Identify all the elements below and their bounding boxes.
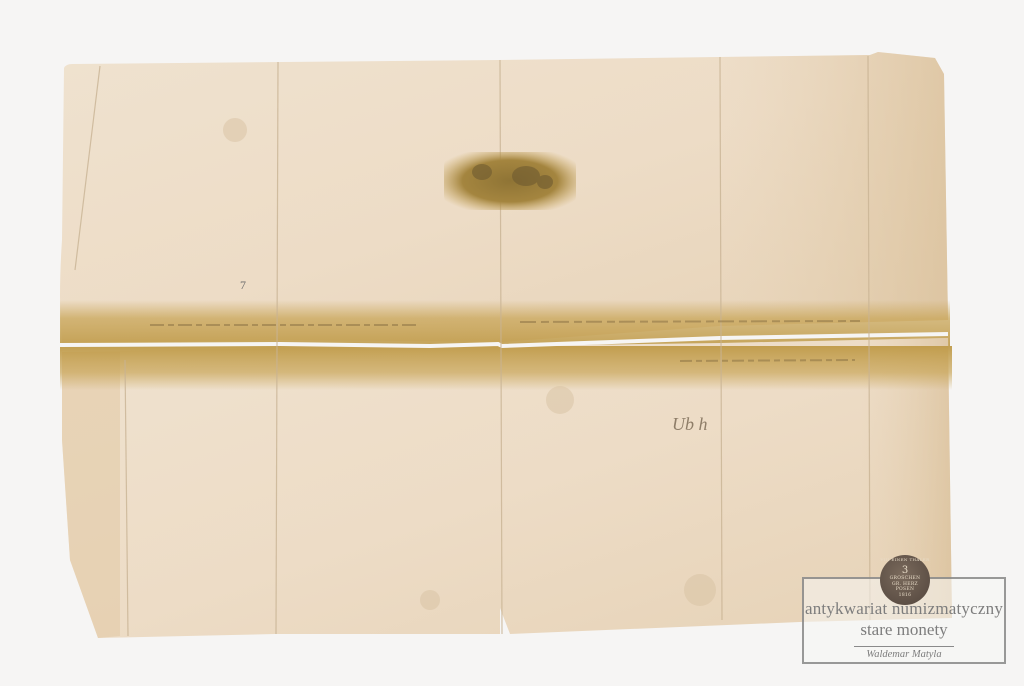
coin-year: 1816 [899,594,912,599]
shop-watermark: VIII EINEN THALER 3 GROSCHEN GR. HERZ PO… [802,577,1006,664]
photo-scene: 7 Ub h VIII EINEN THALER 3 GROSCHEN GR. … [0,0,1024,686]
watermark-tagline: stare monety [804,620,1004,640]
watermark-divider [854,646,954,647]
handwritten-mark-left: 7 [240,278,246,292]
watermark-owner: Waldemar Matyla [804,649,1004,660]
stamp-bleed [444,152,576,210]
coin-icon: VIII EINEN THALER 3 GROSCHEN GR. HERZ PO… [880,555,930,605]
coin-line-1: GROSCHEN [890,577,921,582]
watermark-shop-name: antykwariat numizmatyczny [804,599,1004,619]
coin-line-3: POSEN [896,588,915,593]
coin-rim-text: VIII EINEN THALER [880,558,930,562]
coin-denomination: 3 [902,566,908,576]
handwritten-mark-right: Ub h [672,414,708,434]
